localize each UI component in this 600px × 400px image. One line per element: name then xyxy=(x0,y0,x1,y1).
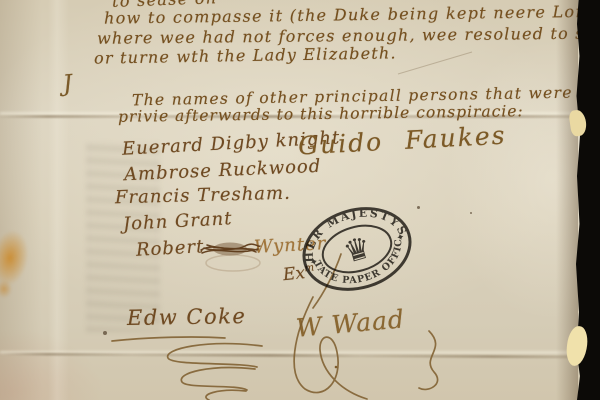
paper-scratch xyxy=(398,52,472,74)
crown-icon: ♛ xyxy=(340,230,376,271)
coke-underline xyxy=(112,337,225,341)
manuscript-photo: to sease on how to compasse it (the Duke… xyxy=(0,0,600,400)
star-icon: ✦ xyxy=(309,256,320,269)
